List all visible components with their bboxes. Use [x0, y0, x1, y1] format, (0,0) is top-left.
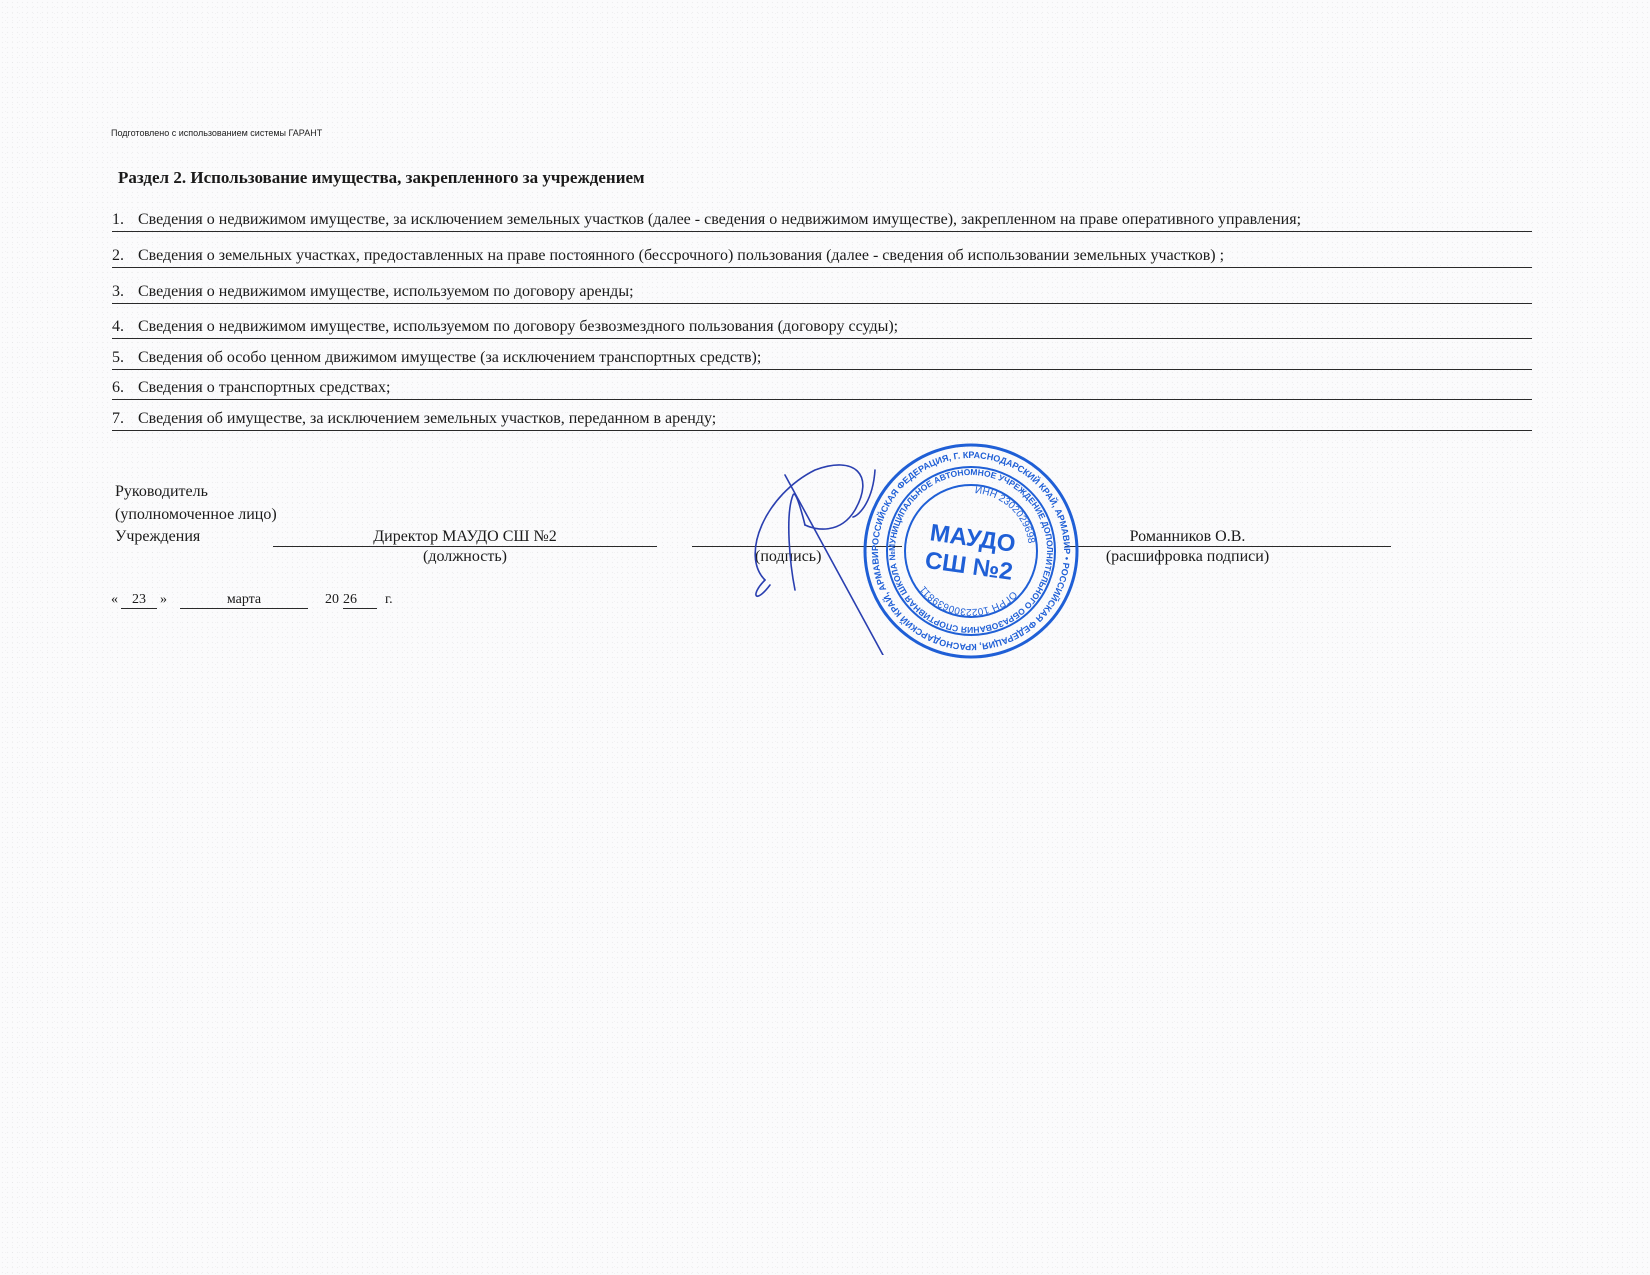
item-number: 7.	[112, 410, 138, 428]
stamp-ogrn: ОГРН 1022300639811	[918, 583, 1019, 617]
item-text: Сведения об особо ценном движимом имущес…	[138, 349, 761, 367]
list-item: 7. Сведения об имуществе, за исключением…	[112, 403, 1532, 431]
item-text: Сведения о недвижимом имуществе, использ…	[138, 283, 634, 301]
list-item: 6. Сведения о транспортных средствах;	[112, 372, 1532, 400]
date-suffix: г.	[385, 592, 393, 608]
item-text: Сведения о недвижимом имуществе, за искл…	[138, 211, 1301, 229]
item-number: 1.	[112, 211, 138, 229]
item-text: Сведения об имуществе, за исключением зе…	[138, 410, 716, 428]
name-value: Романников О.В.	[1065, 528, 1310, 546]
name-caption: (расшифровка подписи)	[1065, 548, 1310, 566]
item-number: 6.	[112, 379, 138, 397]
position-underline	[273, 546, 657, 547]
item-number: 3.	[112, 283, 138, 301]
name-underline	[1065, 546, 1391, 547]
date-open-quote: «	[111, 592, 118, 608]
institution-label: Учреждения	[115, 528, 200, 546]
official-stamp: РОССИЙСКАЯ ФЕДЕРАЦИЯ, Г. КРАСНОДАРСКИЙ К…	[862, 442, 1080, 660]
item-text: Сведения о транспортных средствах;	[138, 379, 390, 397]
date-year: 26	[343, 592, 377, 609]
head-label: Руководитель	[115, 483, 208, 501]
list-item: 1. Сведения о недвижимом имуществе, за и…	[112, 204, 1532, 232]
list-item: 5. Сведения об особо ценном движимом иму…	[112, 342, 1532, 370]
position-caption: (должность)	[273, 548, 657, 566]
date-century: 20	[325, 592, 339, 608]
item-number: 2.	[112, 247, 138, 265]
item-number: 4.	[112, 318, 138, 336]
garant-source-note: Подготовлено с использованием системы ГА…	[111, 128, 322, 138]
item-text: Сведения о недвижимом имуществе, использ…	[138, 318, 898, 336]
svg-text:ОГРН 1022300639811: ОГРН 1022300639811	[918, 583, 1019, 617]
date-day: 23	[121, 592, 157, 609]
list-item: 2. Сведения о земельных участках, предос…	[112, 240, 1532, 268]
item-text: Сведения о земельных участках, предостав…	[138, 247, 1224, 265]
list-item: 4. Сведения о недвижимом имуществе, испо…	[112, 311, 1532, 339]
position-value: Директор МАУДО СШ №2	[273, 528, 657, 546]
item-number: 5.	[112, 349, 138, 367]
authorized-person-label: (уполномоченное лицо)	[115, 506, 277, 524]
date-month: марта	[180, 592, 308, 609]
section-title: Раздел 2. Использование имущества, закре…	[118, 168, 645, 188]
date-close-quote: »	[160, 592, 167, 608]
list-item: 3. Сведения о недвижимом имуществе, испо…	[112, 276, 1532, 304]
